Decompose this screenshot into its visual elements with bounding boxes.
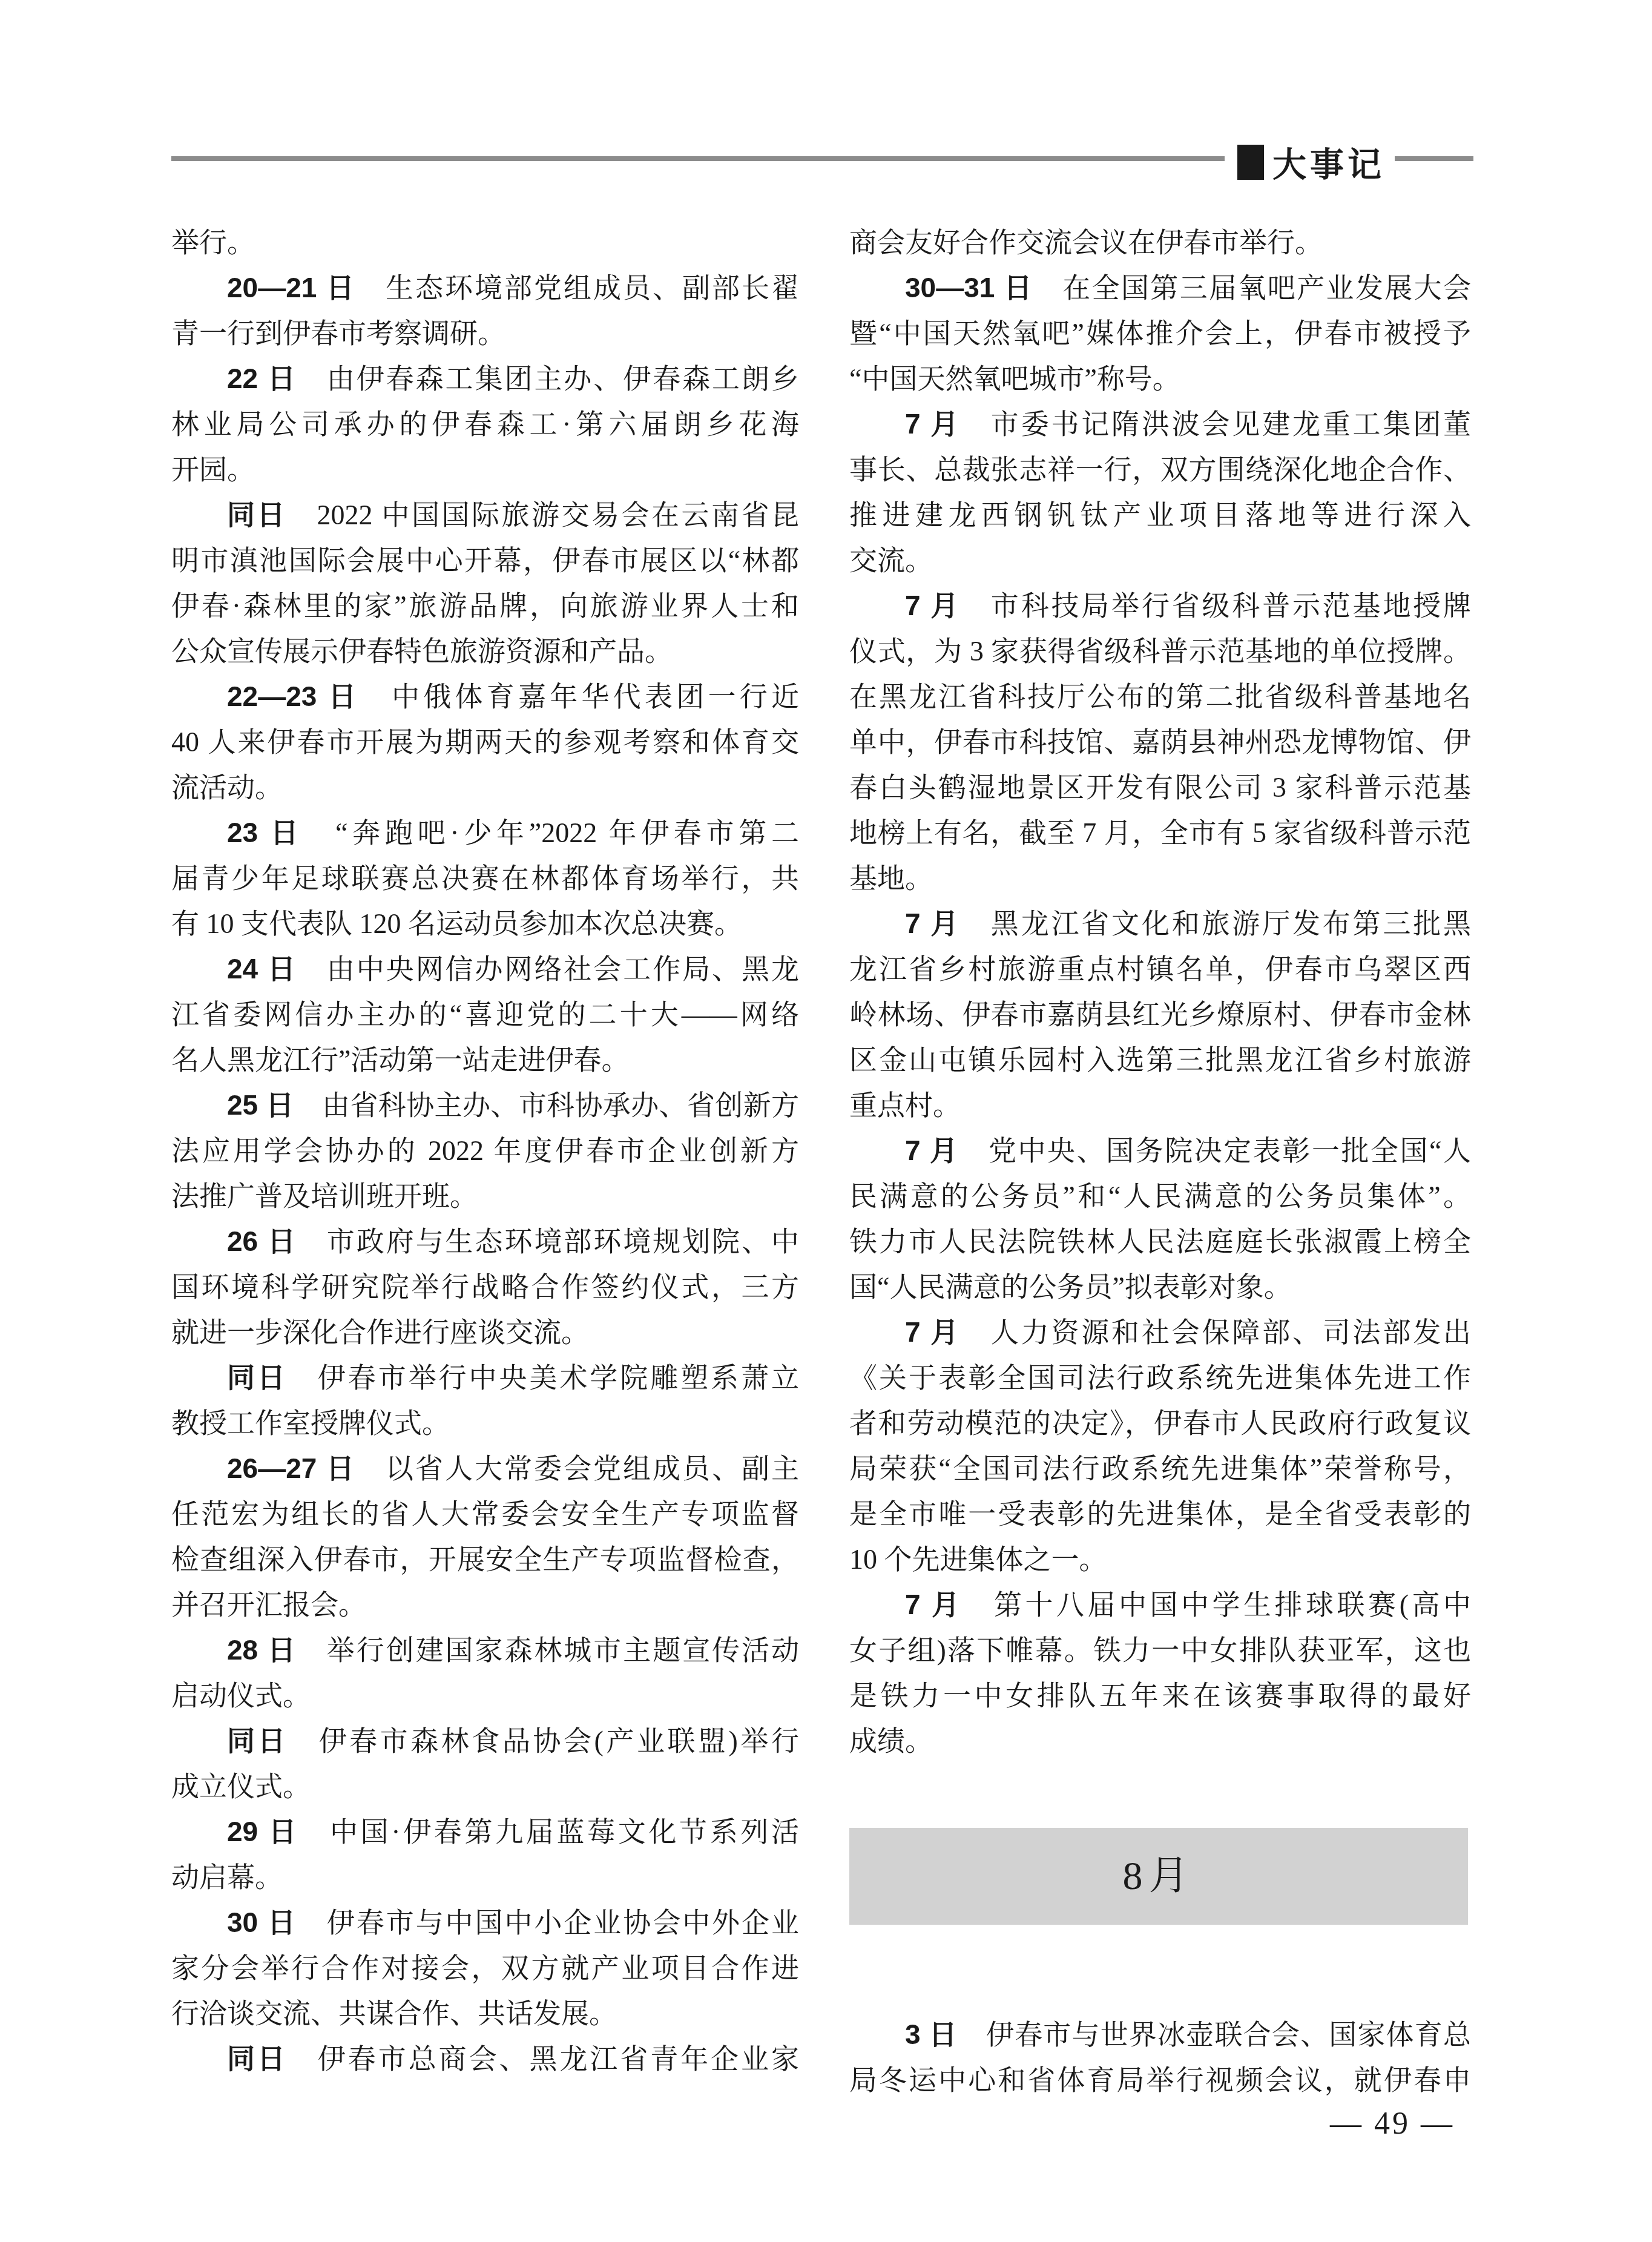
text-line: 重点村。 (849, 1083, 1471, 1128)
text-line: 在黑龙江省科技厅公布的第二批省级科普基地名 (849, 674, 1471, 719)
text-line: 是铁力一中女排队五年来在该赛事取得的最好 (849, 1673, 1471, 1718)
date-label: 同日 (227, 1362, 288, 1393)
date-label: 23 日 (227, 817, 303, 848)
section-title: 大事记 (1272, 138, 1385, 186)
text-line: 启动仪式。 (171, 1673, 799, 1718)
text-line: 有 10 支代表队 120 名运动员参加本次总决赛。 (171, 901, 799, 946)
date-label: 22—23 日 (227, 681, 360, 712)
text-line: 10 个先进集体之一。 (849, 1537, 1471, 1582)
text-line: 家分会举行合作对接会，双方就产业项目合作进 (171, 1945, 799, 1991)
right-column: 商会友好合作交流会议在伊春市举行。30—31 日 在全国第三届氧吧产业发展大会暨… (849, 220, 1471, 2103)
text-line: 成绩。 (849, 1718, 1471, 1764)
text-line: 名人黑龙江行”活动第一站走进伊春。 (171, 1037, 799, 1083)
text-line: 法推广普及培训班开班。 (171, 1173, 799, 1219)
text-line: 7 月 黑龙江省文化和旅游厅发布第三批黑 (849, 901, 1471, 946)
text-line: 法应用学会协办的 2022 年度伊春市企业创新方 (171, 1128, 799, 1173)
text-line: 26—27 日 以省人大常委会党组成员、副主 (171, 1446, 799, 1491)
text-line: 公众宣传展示伊春特色旅游资源和产品。 (171, 628, 799, 674)
text-line: 流活动。 (171, 765, 799, 810)
date-label: 同日 (227, 2043, 288, 2074)
text-line: 7 月 第十八届中国中学生排球联赛(高中 (849, 1582, 1471, 1627)
page-number: — 49 — (1241, 2106, 1544, 2141)
text-line: 事长、总裁张志祥一行，双方围绕深化地企合作、 (849, 447, 1471, 492)
text-line: 7 月 市委书记隋洪波会见建龙重工集团董 (849, 401, 1471, 447)
text-line: 国环境科学研究院举行战略合作签约仪式，三方 (171, 1264, 799, 1310)
text-line: 岭林场、伊春市嘉荫县红光乡燎原村、伊春市金林 (849, 992, 1471, 1037)
text-line: 春白头鹤湿地景区开发有限公司 3 家科普示范基 (849, 765, 1471, 810)
header-rule-left (171, 156, 1225, 161)
date-label: 30—31 日 (905, 272, 1033, 303)
text-line: 暨“中国天然氧吧”媒体推介会上，伊春市被授予 (849, 311, 1471, 356)
text-line: 区金山屯镇乐园村入选第三批黑龙江省乡村旅游 (849, 1037, 1471, 1083)
header-rule-right (1395, 156, 1473, 161)
date-label: 7 月 (905, 1589, 963, 1620)
text-line: 20—21 日 生态环境部党组成员、副部长翟 (171, 265, 799, 311)
text-line: 7 月 市科技局举行省级科普示范基地授牌 (849, 583, 1471, 628)
text-line: 同日 伊春市举行中央美术学院雕塑系萧立 (171, 1355, 799, 1400)
text-line: 林业局公司承办的伊春森工·第六届朗乡花海 (171, 401, 799, 447)
yearbook-page: 大事记 举行。20—21 日 生态环境部党组成员、副部长翟青一行到伊春市考察调研… (0, 0, 1652, 2242)
date-label: 7 月 (905, 1316, 961, 1348)
right-column-bottom: 3 日 伊春市与世界冰壶联合会、国家体育总局冬运中心和省体育局举行视频会议，就伊… (849, 2012, 1471, 2103)
date-label: 24 日 (227, 953, 297, 984)
text-line: 仪式，为 3 家获得省级科普示范基地的单位授牌。 (849, 628, 1471, 674)
text-line: 是全市唯一受表彰的先进集体，是全省受表彰的 (849, 1491, 1471, 1537)
text-line: 教授工作室授牌仪式。 (171, 1400, 799, 1446)
text-line: 同日 2022 中国国际旅游交易会在云南省昆 (171, 492, 799, 538)
date-label: 26—27 日 (227, 1452, 356, 1484)
text-line: 22 日 由伊春森工集团主办、伊春森工朗乡 (171, 356, 799, 401)
text-line: 伊春·森林里的家”旅游品牌，向旅游业界人士和 (171, 583, 799, 628)
left-column: 举行。20—21 日 生态环境部党组成员、副部长翟青一行到伊春市考察调研。22 … (171, 220, 799, 2082)
text-line: 开园。 (171, 447, 799, 492)
text-line: 龙江省乡村旅游重点村镇名单，伊春市乌翠区西 (849, 946, 1471, 992)
text-line: 举行。 (171, 220, 799, 265)
text-line: 同日 伊春市总商会、黑龙江省青年企业家 (171, 2036, 799, 2082)
text-line: 3 日 伊春市与世界冰壶联合会、国家体育总 (849, 2012, 1471, 2057)
text-line: 动启幕。 (171, 1855, 799, 1900)
text-line: 30—31 日 在全国第三届氧吧产业发展大会 (849, 265, 1471, 311)
text-line: 局冬运中心和省体育局举行视频会议，就伊春申 (849, 2057, 1471, 2103)
date-label: 26 日 (227, 1225, 297, 1257)
text-line: 局荣获“全国司法行政系统先进集体”荣誉称号， (849, 1446, 1471, 1491)
date-label: 25 日 (227, 1089, 294, 1121)
text-line: 行洽谈交流、共谋合作、共话发展。 (171, 1991, 799, 2036)
right-column-top: 商会友好合作交流会议在伊春市举行。30—31 日 在全国第三届氧吧产业发展大会暨… (849, 220, 1471, 1764)
month-banner-label: 8月 (1123, 1854, 1195, 1898)
date-label: 7 月 (905, 908, 961, 939)
text-line: 单中，伊春市科技馆、嘉荫县神州恐龙博物馆、伊 (849, 719, 1471, 765)
date-label: 同日 (227, 1725, 288, 1756)
text-line: 江省委网信办主办的“喜迎党的二十大——网络 (171, 992, 799, 1037)
text-line: 29 日 中国·伊春第九届蓝莓文化节系列活 (171, 1809, 799, 1855)
text-line: 推进建龙西钢钒钛产业项目落地等进行深入 (849, 492, 1471, 538)
date-label: 29 日 (227, 1816, 299, 1847)
date-label: 7 月 (905, 1135, 959, 1166)
date-label: 20—21 日 (227, 272, 356, 303)
text-line: 40 人来伊春市开展为期两天的参观考察和体育交 (171, 719, 799, 765)
section-header: 大事记 (1237, 139, 1385, 185)
text-line: 就进一步深化合作进行座谈交流。 (171, 1310, 799, 1355)
date-label: 同日 (227, 499, 287, 530)
text-line: 7 月 党中央、国务院决定表彰一批全国“人 (849, 1128, 1471, 1173)
month-banner: 8月 (849, 1828, 1468, 1925)
text-line: 26 日 市政府与生态环境部环境规划院、中 (171, 1219, 799, 1264)
text-line: 交流。 (849, 538, 1471, 583)
text-line: 铁力市人民法院铁林人民法庭庭长张淑霞上榜全 (849, 1219, 1471, 1264)
date-label: 3 日 (905, 2019, 958, 2050)
text-line: 成立仪式。 (171, 1764, 799, 1809)
text-line: 30 日 伊春市与中国中小企业协会中外企业 (171, 1900, 799, 1945)
text-line: 明市滇池国际会展中心开幕，伊春市展区以“林都 (171, 538, 799, 583)
text-line: 商会友好合作交流会议在伊春市举行。 (849, 220, 1471, 265)
date-label: 30 日 (227, 1907, 297, 1938)
text-line: 23 日 “奔跑吧·少年”2022 年伊春市第二 (171, 810, 799, 856)
text-line: 7 月 人力资源和社会保障部、司法部发出 (849, 1310, 1471, 1355)
text-line: 国“人民满意的公务员”拟表彰对象。 (849, 1264, 1471, 1310)
text-line: 基地。 (849, 856, 1471, 901)
text-line: 24 日 由中央网信办网络社会工作局、黑龙 (171, 946, 799, 992)
text-line: “中国天然氧吧城市”称号。 (849, 356, 1471, 401)
text-line: 《关于表彰全国司法行政系统先进集体先进工作 (849, 1355, 1471, 1400)
date-label: 7 月 (905, 408, 961, 440)
text-line: 并召开汇报会。 (171, 1582, 799, 1627)
date-label: 28 日 (227, 1634, 297, 1666)
text-line: 地榜上有名，截至 7 月，全市有 5 家省级科普示范 (849, 810, 1471, 856)
text-line: 届青少年足球联赛总决赛在林都体育场举行，共 (171, 856, 799, 901)
section-square-icon (1237, 145, 1264, 180)
text-line: 25 日 由省科协主办、市科协承办、省创新方 (171, 1083, 799, 1128)
text-line: 检查组深入伊春市，开展安全生产专项监督检查， (171, 1537, 799, 1582)
text-line: 22—23 日 中俄体育嘉年华代表团一行近 (171, 674, 799, 719)
text-line: 任范宏为组长的省人大常委会安全生产专项监督 (171, 1491, 799, 1537)
date-label: 7 月 (905, 590, 961, 621)
date-label: 22 日 (227, 363, 297, 394)
text-line: 者和劳动模范的决定》，伊春市人民政府行政复议 (849, 1400, 1471, 1446)
text-line: 女子组)落下帷幕。铁力一中女排队获亚军，这也 (849, 1627, 1471, 1673)
text-line: 民满意的公务员”和“人民满意的公务员集体”。 (849, 1173, 1471, 1219)
text-line: 同日 伊春市森林食品协会(产业联盟)举行 (171, 1718, 799, 1764)
text-line: 青一行到伊春市考察调研。 (171, 311, 799, 356)
text-line: 28 日 举行创建国家森林城市主题宣传活动 (171, 1627, 799, 1673)
